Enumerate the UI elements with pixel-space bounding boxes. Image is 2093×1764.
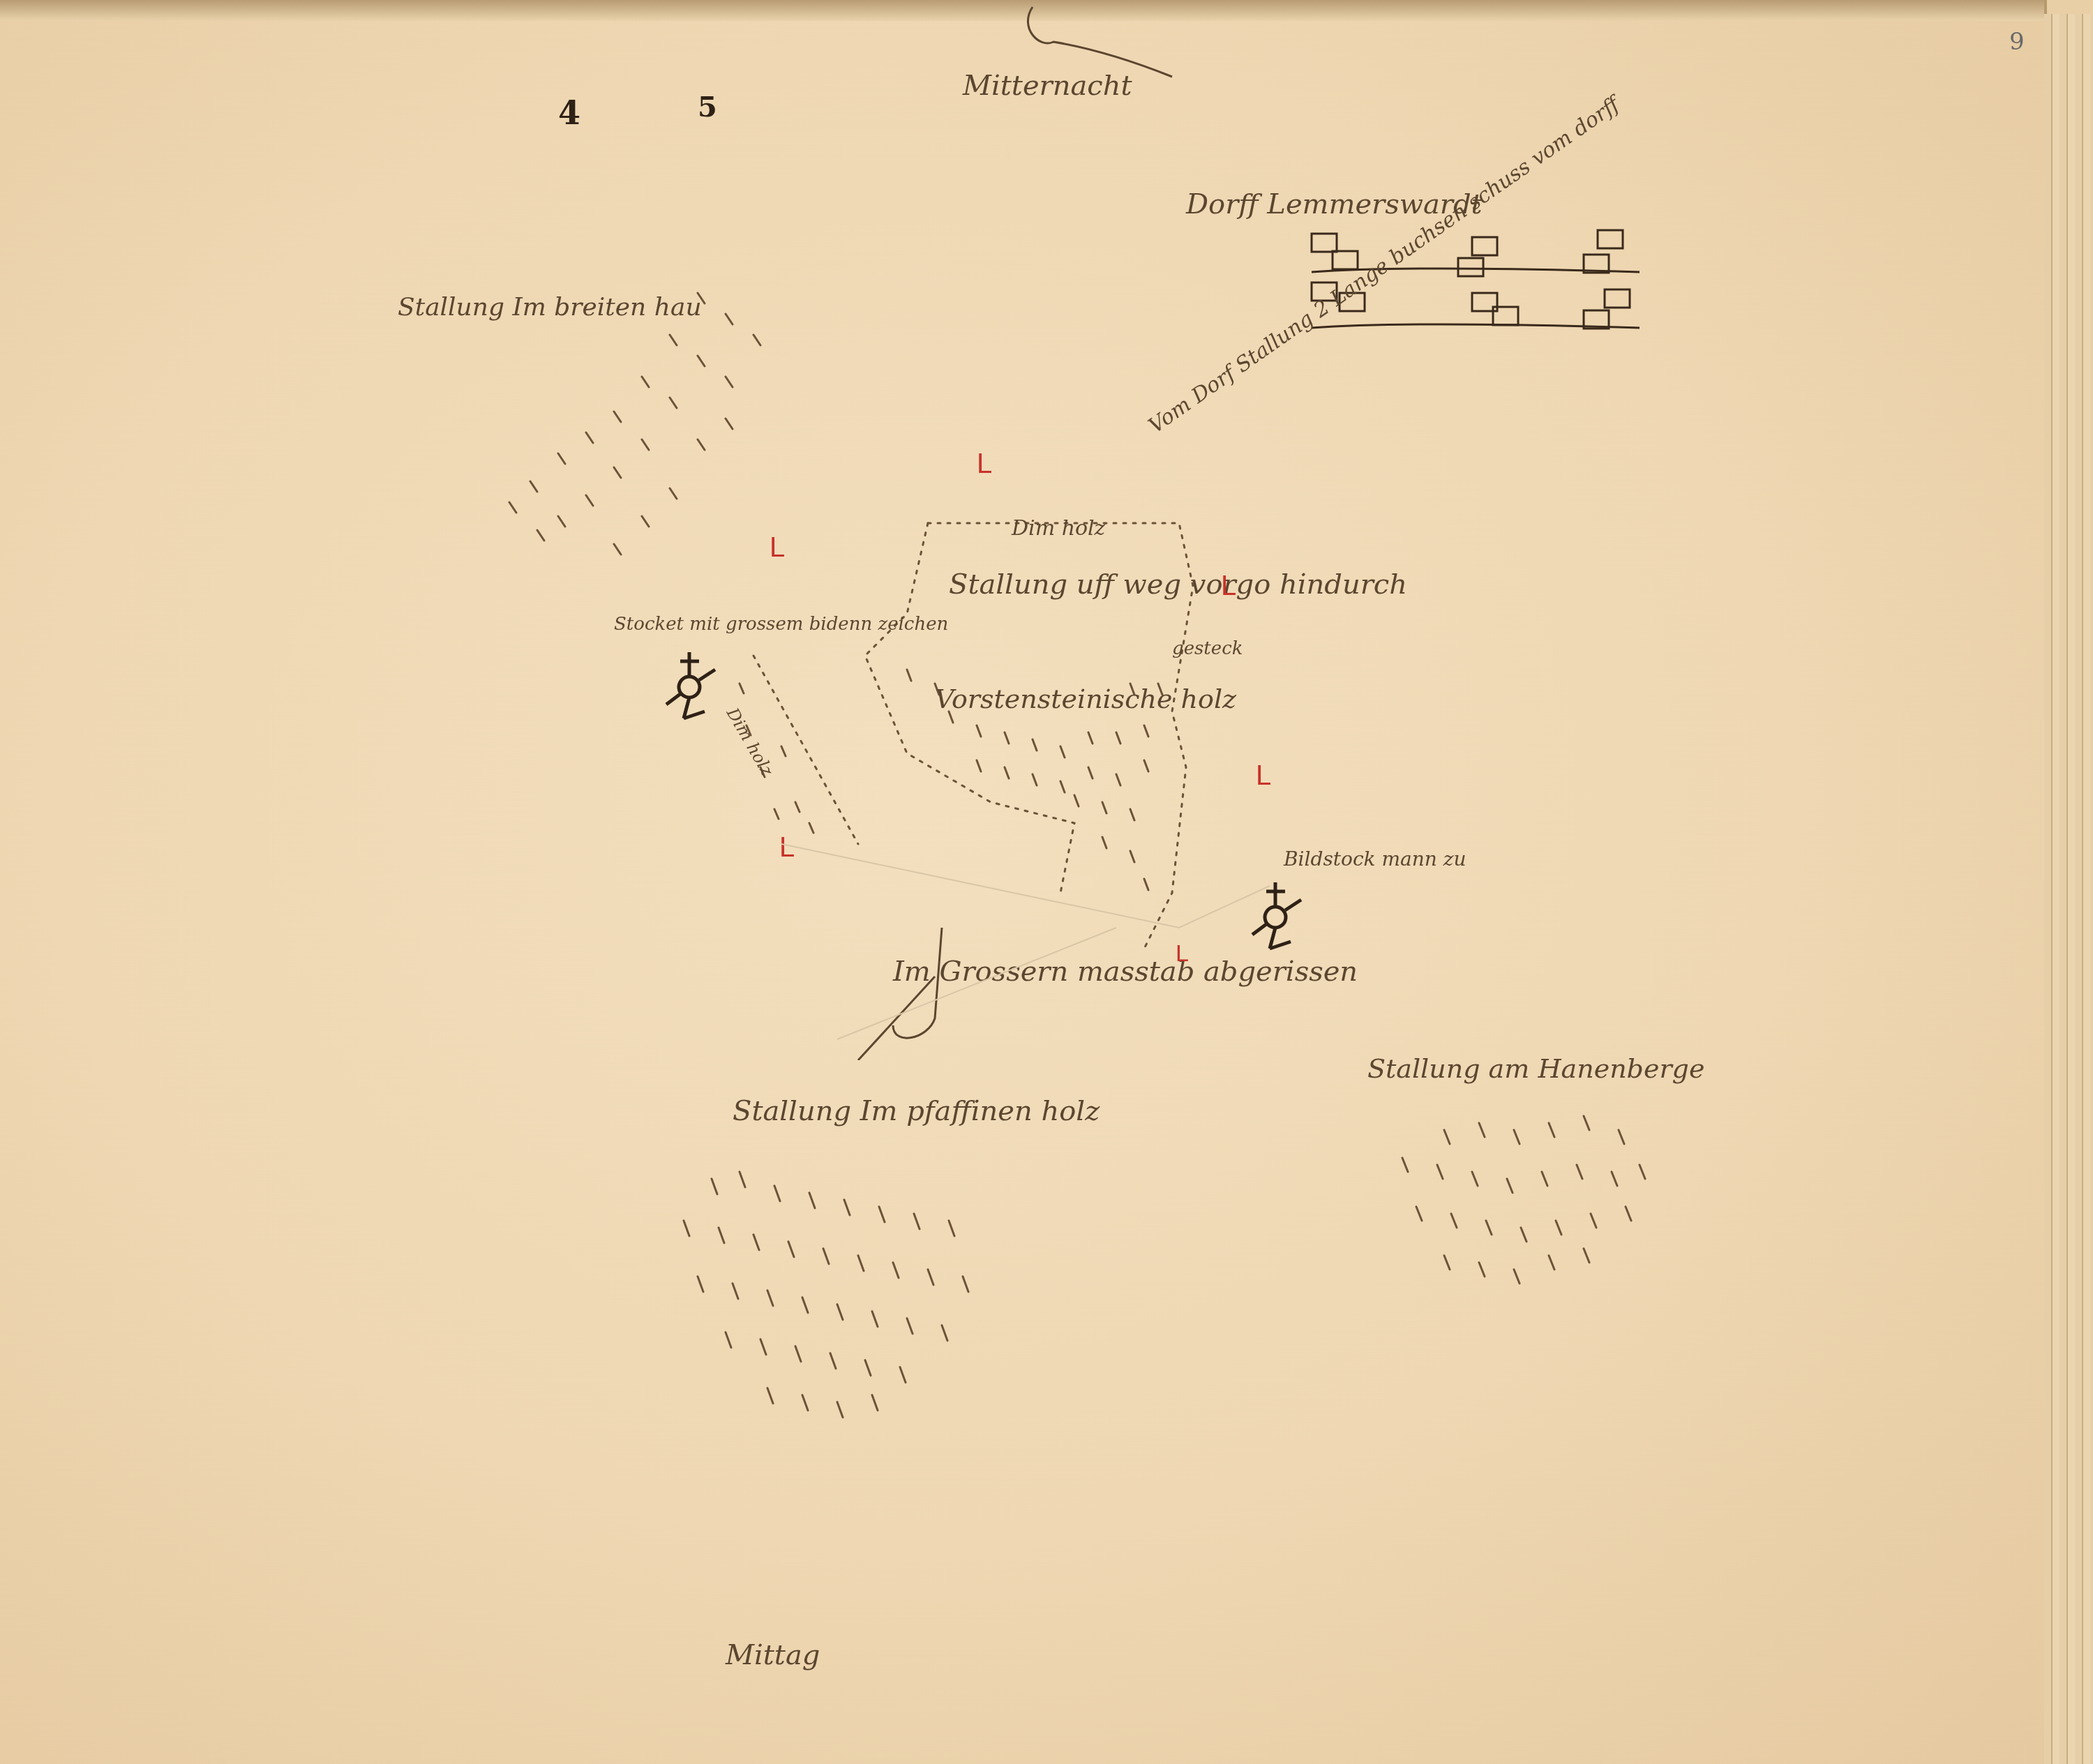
boundary-stone-e-label: Bildstock mann zu [1284,847,1466,870]
north-flourish-icon [1012,0,1186,98]
sheet-number-5: 5 [698,91,717,123]
page-edge-stack [2044,14,2093,1764]
boundary-marker-l: L [1256,762,1271,790]
cross-circle-marker-icon [663,649,726,725]
woodland-center-label: Stallung uff weg vorgo hindurch [949,568,1407,601]
woodland-center-top-label: Dim holz [1012,516,1105,541]
woodland-center-name: Vorstensteinische holz [935,684,1236,714]
boundary-marker-l: L [977,450,992,478]
south-label: Mittag [726,1639,820,1671]
boundary-marker-l: L [1221,572,1236,600]
folio-number: 9 [2009,28,2025,56]
woodland-sw-trees [642,1144,1033,1437]
boundary-marker-l: L [770,534,785,561]
woodland-sw-label: Stallung Im pfaffinen holz [733,1095,1100,1127]
manuscript-page: 9 4 5 Mitternacht Mittag Dorff Lemmerswa… [0,0,2047,1764]
woodland-se-label: Stallung am Hanenberge [1367,1053,1704,1084]
woodland-center-note: gesteck [1172,638,1243,659]
survey-lines [781,823,1284,1046]
sheet-number-4: 4 [558,94,580,132]
woodland-se-trees [1388,1102,1667,1311]
boundary-stone-w-label: Stocket mit grossem bidenn zeichen [614,614,948,635]
